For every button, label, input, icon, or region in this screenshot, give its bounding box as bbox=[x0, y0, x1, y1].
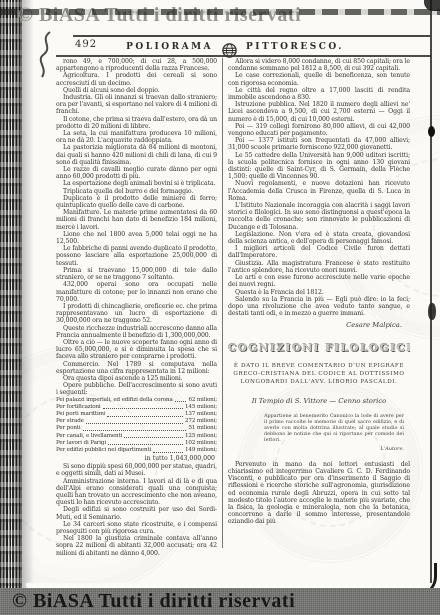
article-subtitle: Il Tempio di S. Vittore — Cenno storico bbox=[228, 397, 410, 405]
paragraph: Giustizia. Alla magistratura Francese è … bbox=[228, 260, 410, 274]
paragraph: Salendo su la Francia in più — Egli può … bbox=[228, 296, 410, 318]
paragraph: La pastorizia migliorata dà 84 milioni d… bbox=[56, 144, 217, 166]
paragraph: Poi — 319 collegi fornirono 80,000 allie… bbox=[228, 123, 410, 137]
paragraph: Quelli di alcuni sono del doppio. bbox=[56, 87, 217, 94]
left-column: rono 49, e 700,000; di cui 28, a 500,000… bbox=[56, 58, 217, 558]
journal-masthead: POLIORAMA PITTORESCO. bbox=[120, 39, 350, 54]
expense-row: Per lavori di Parigi102 milioni; bbox=[56, 440, 217, 447]
paragraph: Le razze di cavalli meglio curate dànno … bbox=[56, 166, 217, 180]
bottom-copyright-watermark: © BiASA Tutti i diritti riservati bbox=[12, 590, 295, 613]
paragraph: Le fabbriche di panni avendo duplicato i… bbox=[56, 245, 217, 267]
paragraph: Opere pubbliche. Dell'accrescimento si s… bbox=[56, 382, 217, 396]
paragraph: La esportazione degli animali bovini si … bbox=[56, 180, 217, 187]
page-number: 492 bbox=[75, 39, 97, 50]
expense-row: Per strade272 milioni; bbox=[56, 418, 217, 425]
paragraph: Questa è la Francia del 1812. bbox=[228, 289, 410, 296]
paragraph: Legislazione. Non v'era ed è stata creat… bbox=[228, 231, 410, 245]
spine-shadow bbox=[18, 0, 34, 615]
dedication-line: GRECO-CRISTIANA DEL CODICE AL DOTTISSIMO bbox=[228, 370, 410, 378]
paragraph: Istruzione pubblica. Nel 1820 il numero … bbox=[228, 101, 410, 123]
paragraph: Industria. Gli oli innanzi si traevan da… bbox=[56, 94, 217, 116]
expense-row: Pei palazzi imperiali, ed edifizi della … bbox=[56, 397, 217, 404]
paragraph: Degli edifizi si sono costruiti per uso … bbox=[56, 506, 217, 520]
paragraph: Si sono dippiù spesi 60,000,000 per stat… bbox=[56, 463, 217, 477]
expense-total: in tutto 1,043,000,000 bbox=[56, 454, 217, 463]
paragraph: Manifatture. Le materie prime aumentates… bbox=[56, 209, 217, 231]
paragraph: Agricoltura. I prodotti dei cereali si s… bbox=[56, 72, 217, 86]
paragraph: Queste ricchezze industriali accrescono … bbox=[56, 325, 217, 339]
epigraph-attribution: L'Autore. bbox=[228, 446, 404, 452]
top-copyright-watermark: © BiASA Tutti i diritti riservati bbox=[18, 4, 301, 27]
paragraph: Le 55 cattedre della Università han 9,00… bbox=[228, 152, 410, 181]
expense-row: Per fortificazioni145 milioni; bbox=[56, 404, 217, 411]
paragraph: Le arti e con esse furono accresciute ne… bbox=[228, 274, 410, 288]
expense-list: Pei palazzi imperiali, ed edifizi della … bbox=[56, 397, 217, 455]
expense-row: Per edifizi pubblici nei dipartimenti149… bbox=[56, 447, 217, 454]
dedication-line: È DATO IL BREVE COMENTARIO D'UN EPIGRAFE bbox=[228, 362, 410, 370]
paragraph: rono 49, e 700,000; di cui 28, a 500,000… bbox=[56, 58, 217, 72]
paragraph: La seta, la cui manifattura produceva 10… bbox=[56, 130, 217, 144]
column-divider-rule bbox=[222, 58, 223, 548]
closing-paragraphs: Pervenuto in mano da noi lettori entusia… bbox=[228, 461, 410, 526]
left-paragraphs: rono 49, e 700,000; di cui 28, a 500,000… bbox=[56, 58, 217, 397]
paragraph: Il cotone, che prima si traeva dall'este… bbox=[56, 116, 217, 130]
author-signature: Cesare Malpica. bbox=[228, 321, 402, 329]
ink-blot bbox=[428, 303, 436, 320]
ink-blot bbox=[428, 126, 435, 137]
section-dedication: È DATO IL BREVE COMENTARIO D'UN EPIGRAFE… bbox=[228, 362, 410, 386]
paragraph: I prodotti di chincaglierie, oreficerie … bbox=[56, 303, 217, 325]
paragraph: Oltre a ciò — le nuove scoperte fanno og… bbox=[56, 339, 217, 361]
paragraph: Nuovi regolamenti, e nuove dotazioni han… bbox=[228, 180, 410, 202]
section-heading: COGNIZIONI FILOLOGICHE bbox=[228, 342, 410, 354]
paragraph: Le case correzionali, quelle di benefice… bbox=[228, 72, 410, 86]
masthead-right: PITTORESCO. bbox=[246, 42, 344, 52]
paragraph: Pervenuto in mano da noi lettori entusia… bbox=[228, 461, 410, 526]
paragraph: Lione che nel 1800 avea 5,000 telai oggi… bbox=[56, 231, 217, 245]
paragraph: 432,000 operai sono ora occupati nelle m… bbox=[56, 281, 217, 303]
masthead-left: POLIORAMA bbox=[126, 42, 213, 52]
paragraph: Le città del regno oltre a 17,000 lascit… bbox=[228, 87, 410, 101]
right-column: Allora si videro 8,000 condanne, di cui … bbox=[228, 58, 410, 558]
page-right-edge bbox=[430, 0, 432, 589]
epigraph-quote: Appartiene al benemerito Canonico la lod… bbox=[264, 414, 404, 444]
paragraph: Ora questa dipoi ascende a 125 milioni. bbox=[56, 375, 217, 382]
expense-row: Pei porti marittimi137 milioni; bbox=[56, 411, 217, 418]
paragraph: Nel 1800 la giustizia criminale contava … bbox=[56, 535, 217, 557]
paragraph: Le 34 carceri sono state ricostruite, e … bbox=[56, 521, 217, 535]
paragraph: Amministrazione interna. I lavori al di … bbox=[56, 478, 217, 507]
text-columns: rono 49, e 700,000; di cui 28, a 500,000… bbox=[56, 58, 410, 558]
scanned-page: © BiASA Tutti i diritti riservati 492 PO… bbox=[0, 0, 440, 615]
paragraph: Poi — 1377 istituti son frequentati da 4… bbox=[228, 137, 410, 151]
paragraph: I migliori articoli del Codice Civile fu… bbox=[228, 245, 410, 259]
dedication-line: LONGOBARDI DALL'AVV. LIBORIO PASCALDI. bbox=[228, 378, 410, 386]
paragraph: Allora si videro 8,000 condanne, di cui … bbox=[228, 58, 410, 72]
left-paragraphs-after: Si sono dippiù spesi 60,000,000 per stat… bbox=[56, 463, 217, 557]
pen-flourish-mark bbox=[36, 30, 58, 80]
paragraph: Commercio. Nel 1789 si computava nella e… bbox=[56, 361, 217, 375]
header-rule-bottom bbox=[56, 55, 431, 57]
paragraph: Duplicato è il prodotto delle miniere di… bbox=[56, 195, 217, 209]
right-paragraphs: Allora si videro 8,000 condanne, di cui … bbox=[228, 58, 410, 317]
paragraph: Triplicata quella del burro e del formag… bbox=[56, 188, 217, 195]
expense-row: Per canali, e livellamenti125 milioni; bbox=[56, 433, 217, 440]
paragraph: Prima si traevano 15,000,000 di tele dal… bbox=[56, 267, 217, 281]
expense-row: Per ponti51 milioni; bbox=[56, 425, 217, 432]
paragraph: L'Istituto Nazionale incoraggia con alac… bbox=[228, 202, 410, 231]
header-rule-top bbox=[73, 35, 430, 37]
scan-scratch-line bbox=[0, 9, 440, 15]
